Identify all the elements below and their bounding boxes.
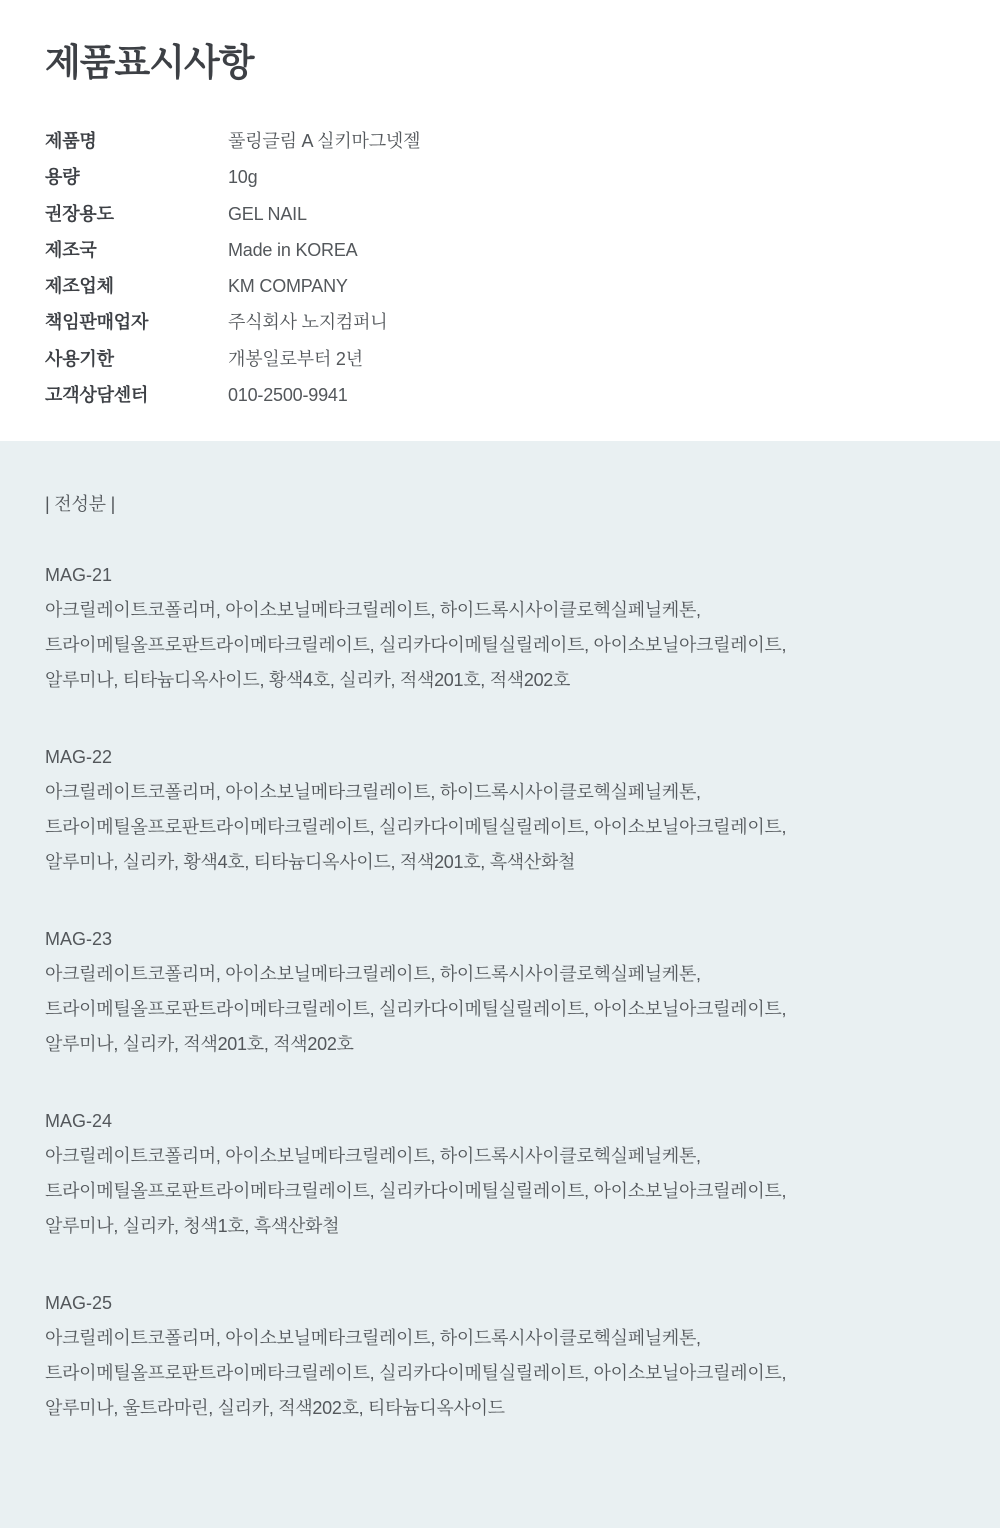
info-row-value: 개봉일로부터 2년 <box>228 341 363 377</box>
info-row: 제품명 풀링글림 A 실키마그넷젤 <box>45 123 955 159</box>
ingredient-line: 트라이메틸올프로판트라이메타크릴레이트, 실리카다이메틸실릴레이트, 아이소보닐… <box>45 992 955 1027</box>
ingredient-line: 트라이메틸올프로판트라이메타크릴레이트, 실리카다이메틸실릴레이트, 아이소보닐… <box>45 810 955 845</box>
ingredient-line: 알루미나, 실리카, 황색4호, 티타늄디옥사이드, 적색201호, 흑색산화철 <box>45 845 955 880</box>
info-row: 제조업체 KM COMPANY <box>45 268 955 304</box>
info-row-value: Made in KOREA <box>228 232 357 268</box>
ingredient-line: 아크릴레이트코폴리머, 아이소보닐메타크릴레이트, 하이드록시사이클로헥실페닐케… <box>45 1139 955 1174</box>
info-row-label: 제품명 <box>45 123 228 159</box>
ingredient-line: 트라이메틸올프로판트라이메타크릴레이트, 실리카다이메틸실릴레이트, 아이소보닐… <box>45 1174 955 1209</box>
ingredient-line: 아크릴레이트코폴리머, 아이소보닐메타크릴레이트, 하이드록시사이클로헥실페닐케… <box>45 593 955 628</box>
product-info-section: 제품표시사항 제품명 풀링글림 A 실키마그넷젤 용량 10g 권장용도 GEL… <box>0 0 1000 413</box>
info-row-label: 제조국 <box>45 232 228 268</box>
ingredient-line: 알루미나, 울트라마린, 실리카, 적색202호, 티타늄디옥사이드 <box>45 1391 955 1426</box>
ingredient-lines: 아크릴레이트코폴리머, 아이소보닐메타크릴레이트, 하이드록시사이클로헥실페닐케… <box>45 1321 955 1426</box>
info-row-label: 제조업체 <box>45 268 228 304</box>
product-block: MAG-24 아크릴레이트코폴리머, 아이소보닐메타크릴레이트, 하이드록시사이… <box>45 1104 955 1244</box>
ingredient-lines: 아크릴레이트코폴리머, 아이소보닐메타크릴레이트, 하이드록시사이클로헥실페닐케… <box>45 957 955 1062</box>
info-row-value: GEL NAIL <box>228 196 307 232</box>
info-row-label: 고객상담센터 <box>45 377 228 413</box>
product-block: MAG-22 아크릴레이트코폴리머, 아이소보닐메타크릴레이트, 하이드록시사이… <box>45 740 955 880</box>
product-name: MAG-24 <box>45 1104 955 1139</box>
ingredients-section: | 전성분 | MAG-21 아크릴레이트코폴리머, 아이소보닐메타크릴레이트,… <box>0 441 1000 1528</box>
info-row: 용량 10g <box>45 159 955 195</box>
ingredient-line: 트라이메틸올프로판트라이메타크릴레이트, 실리카다이메틸실릴레이트, 아이소보닐… <box>45 1356 955 1391</box>
info-row-value: 010-2500-9941 <box>228 377 348 413</box>
info-row: 책임판매업자 주식회사 노지컴퍼니 <box>45 304 955 340</box>
ingredient-line: 아크릴레이트코폴리머, 아이소보닐메타크릴레이트, 하이드록시사이클로헥실페닐케… <box>45 1321 955 1356</box>
info-row-value: 10g <box>228 159 257 195</box>
ingredients-product-list: MAG-21 아크릴레이트코폴리머, 아이소보닐메타크릴레이트, 하이드록시사이… <box>45 558 955 1426</box>
page-title: 제품표시사항 <box>45 40 955 86</box>
info-row: 권장용도 GEL NAIL <box>45 196 955 232</box>
info-row: 제조국 Made in KOREA <box>45 232 955 268</box>
product-name: MAG-21 <box>45 558 955 593</box>
info-row-label: 권장용도 <box>45 196 228 232</box>
info-row-label: 사용기한 <box>45 341 228 377</box>
info-row-label: 용량 <box>45 159 228 195</box>
info-row-value: 풀링글림 A 실키마그넷젤 <box>228 123 420 159</box>
product-name: MAG-25 <box>45 1286 955 1321</box>
info-row: 사용기한 개봉일로부터 2년 <box>45 341 955 377</box>
ingredient-line: 알루미나, 티타늄디옥사이드, 황색4호, 실리카, 적색201호, 적색202… <box>45 663 955 698</box>
info-row-label: 책임판매업자 <box>45 304 228 340</box>
product-info-table: 제품명 풀링글림 A 실키마그넷젤 용량 10g 권장용도 GEL NAIL 제… <box>45 123 955 413</box>
ingredient-line: 아크릴레이트코폴리머, 아이소보닐메타크릴레이트, 하이드록시사이클로헥실페닐케… <box>45 957 955 992</box>
ingredient-line: 알루미나, 실리카, 청색1호, 흑색산화철 <box>45 1209 955 1244</box>
ingredient-lines: 아크릴레이트코폴리머, 아이소보닐메타크릴레이트, 하이드록시사이클로헥실페닐케… <box>45 775 955 880</box>
ingredient-lines: 아크릴레이트코폴리머, 아이소보닐메타크릴레이트, 하이드록시사이클로헥실페닐케… <box>45 593 955 698</box>
product-name: MAG-22 <box>45 740 955 775</box>
info-row-value: 주식회사 노지컴퍼니 <box>228 304 388 340</box>
info-row-value: KM COMPANY <box>228 268 348 304</box>
ingredient-line: 알루미나, 실리카, 적색201호, 적색202호 <box>45 1027 955 1062</box>
ingredient-line: 아크릴레이트코폴리머, 아이소보닐메타크릴레이트, 하이드록시사이클로헥실페닐케… <box>45 775 955 810</box>
ingredient-lines: 아크릴레이트코폴리머, 아이소보닐메타크릴레이트, 하이드록시사이클로헥실페닐케… <box>45 1139 955 1244</box>
ingredients-heading: | 전성분 | <box>45 487 955 522</box>
ingredient-line: 트라이메틸올프로판트라이메타크릴레이트, 실리카다이메틸실릴레이트, 아이소보닐… <box>45 628 955 663</box>
product-block: MAG-21 아크릴레이트코폴리머, 아이소보닐메타크릴레이트, 하이드록시사이… <box>45 558 955 698</box>
info-row: 고객상담센터 010-2500-9941 <box>45 377 955 413</box>
product-block: MAG-23 아크릴레이트코폴리머, 아이소보닐메타크릴레이트, 하이드록시사이… <box>45 922 955 1062</box>
product-block: MAG-25 아크릴레이트코폴리머, 아이소보닐메타크릴레이트, 하이드록시사이… <box>45 1286 955 1426</box>
product-name: MAG-23 <box>45 922 955 957</box>
